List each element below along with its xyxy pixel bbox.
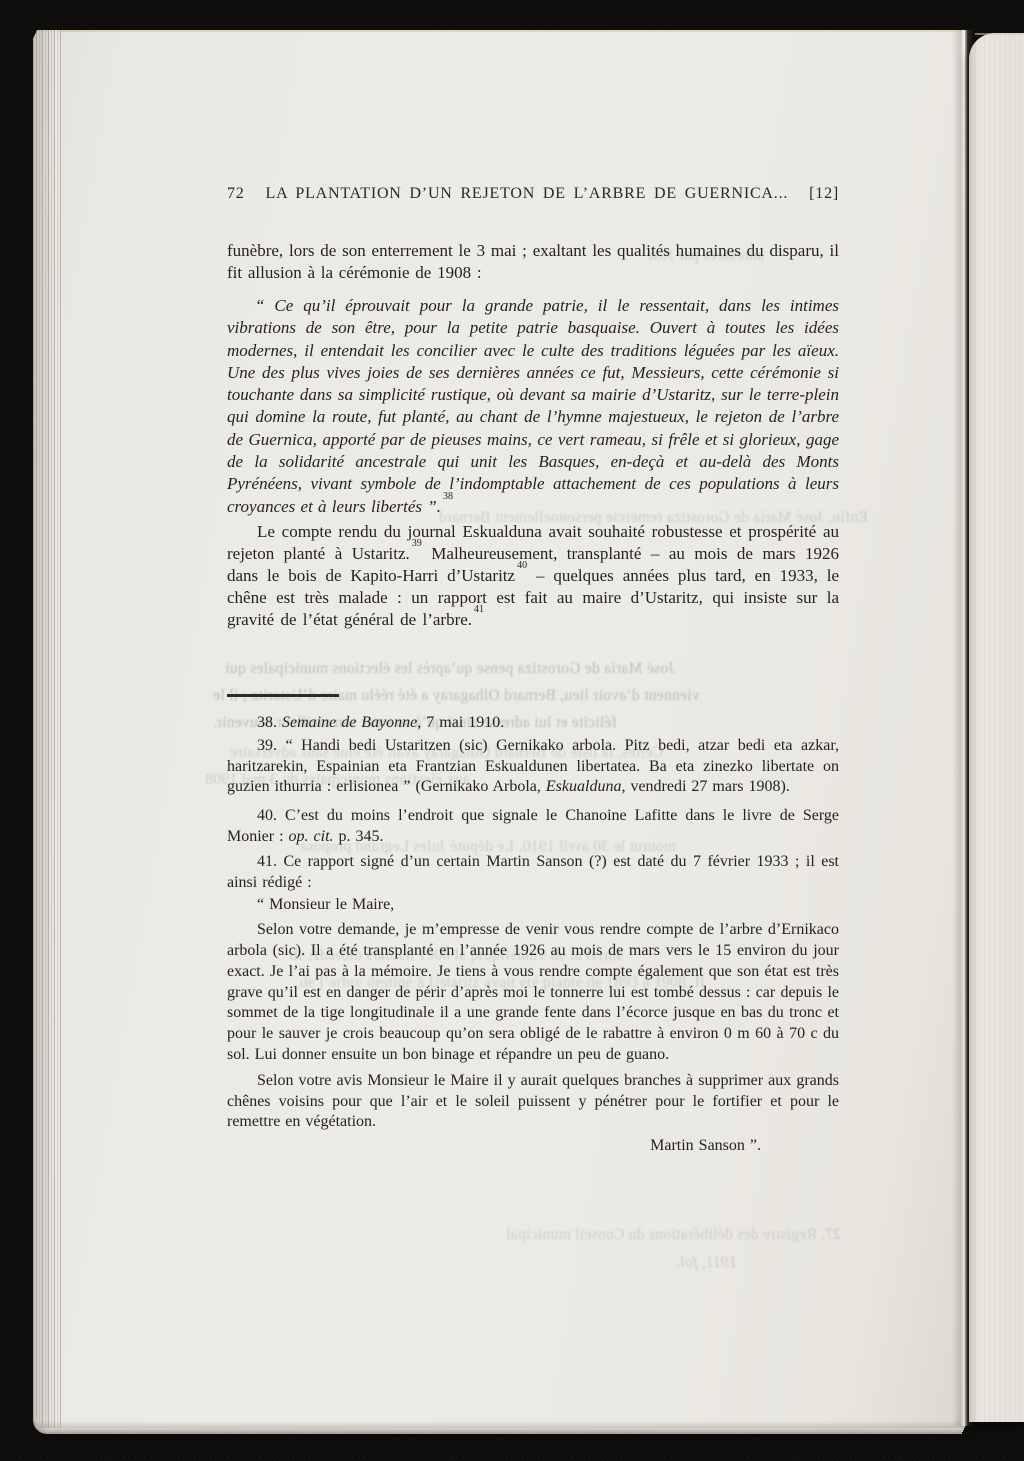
letter-paragraph: Selon votre avis Monsieur le Maire il y … xyxy=(227,1071,839,1133)
page-number: 72 xyxy=(227,184,245,204)
signature: Martin Sanson ”. xyxy=(227,1136,839,1157)
letter-salutation: “ Monsieur le Maire, xyxy=(227,895,839,916)
footnote-ref-38: 38 xyxy=(443,491,453,502)
footnote-ref-39: 39 xyxy=(412,538,422,549)
running-title: LA PLANTATION D’UN REJETON DE L’ARBRE DE… xyxy=(245,184,810,204)
footnote-italic-title: Semaine de Bayonne, xyxy=(282,714,421,731)
paragraph-main: Le compte rendu du journal Eskualduna av… xyxy=(227,521,839,631)
footnote-ref-40: 40 xyxy=(517,560,527,571)
block-quote: “ Ce qu’il éprouvait pour la grande patr… xyxy=(227,295,839,518)
adjacent-page xyxy=(969,33,1024,1422)
footnote-rule xyxy=(227,694,339,697)
photo-background: adressées par José Enfin, José María de … xyxy=(0,0,1024,1461)
footnote-ref-41: 41 xyxy=(474,604,484,615)
footnote-number: 38. xyxy=(257,714,282,731)
bleedthrough-text: 1911, fol. xyxy=(676,1254,737,1272)
footnote-39: 39. “ Handi bedi Ustaritzen (sic) Gernik… xyxy=(227,736,839,798)
footnote-italic-title: Eskualduna, xyxy=(546,778,626,795)
quote-text: “ Ce qu’il éprouvait pour la grande patr… xyxy=(227,296,839,516)
footnote-text: vendredi 27 mars 1908). xyxy=(625,778,789,795)
footnote-40: 40. C’est du moins l’endroit que signale… xyxy=(227,806,839,848)
footnote-41-intro: 41. Ce rapport signé d’un certain Martin… xyxy=(227,852,839,894)
letter-paragraph: Selon votre demande, je m’empresse de ve… xyxy=(227,920,839,1066)
paragraph-continuation: funèbre, lors de son enterrement le 3 ma… xyxy=(227,240,839,284)
footnote-38: 38. Semaine de Bayonne, 7 mai 1910. xyxy=(227,713,839,734)
running-header: 72 LA PLANTATION D’UN REJETON DE L’ARBRE… xyxy=(227,184,839,204)
footnotes-section: 38. Semaine de Bayonne, 7 mai 1910. 39. … xyxy=(227,713,839,1157)
page-bottom-shadow xyxy=(36,1421,965,1428)
page-content: 72 LA PLANTATION D’UN REJETON DE L’ARBRE… xyxy=(227,184,839,1157)
issue-ref: [12] xyxy=(809,184,839,204)
page-edge-stack xyxy=(36,30,61,1428)
footnote-italic-title: op. cit. xyxy=(289,828,334,845)
book-page: adressées par José Enfin, José María de … xyxy=(36,30,965,1428)
footnote-text: p. 345. xyxy=(334,828,384,845)
bleedthrough-text: 27. Registre des délibérations du Consei… xyxy=(506,1226,841,1244)
footnote-text: 7 mai 1910. xyxy=(421,714,504,731)
